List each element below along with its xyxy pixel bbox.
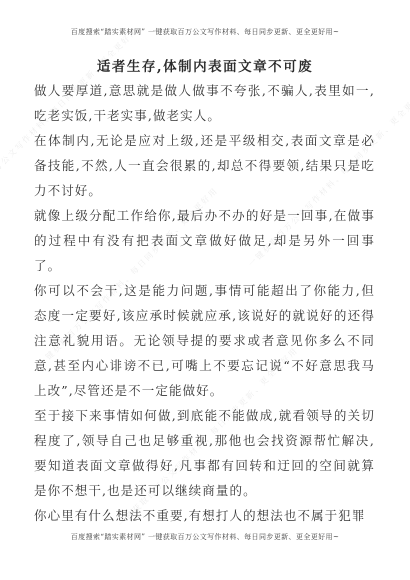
paragraph: 在体制内,无论是应对上级,还是平级相交,表面文章是必备技能,不然,人一直会很累的… bbox=[34, 128, 375, 203]
paragraph: 至于接下来事情如何做,到底能不能做成,就看领导的关切程度了,领导自己也足够重视,… bbox=[34, 403, 375, 503]
document-page: 一键获取百万公文写作材料、每日同步更新、更全更好用 一键获取百万公文写作材料、每… bbox=[0, 0, 410, 580]
footer-promo-note: 百度搜索“踏实素材网” 一键获取百万公文写作材料、每日同步更新、更全更好用~ bbox=[0, 532, 410, 542]
header-promo-note: 百度搜索“踏实素材网” 一键获取百万公文写作材料、每日同步更新、更全更好用~ bbox=[0, 27, 410, 37]
paragraph: 做人要厚道,意思就是做人做事不夸张,不骗人,表里如一,吃老实饭,干老实事,做老实… bbox=[34, 78, 375, 128]
paragraph: 你心里有什么想法不重要,有想打人的想法也不属于犯罪 bbox=[34, 503, 375, 528]
paragraph: 就像上级分配工作给你,最后办不办的好是一回事,在做事的过程中有没有把表面文章做好… bbox=[34, 203, 375, 278]
page-title: 适者生存,体制内表面文章不可废 bbox=[0, 55, 410, 75]
paragraph: 你可以不会干,这是能力问题,事情可能超出了你能力,但态度一定要好,该应承时候就应… bbox=[34, 278, 375, 403]
document-body: 做人要厚道,意思就是做人做事不夸张,不骗人,表里如一,吃老实饭,干老实事,做老实… bbox=[34, 78, 375, 528]
